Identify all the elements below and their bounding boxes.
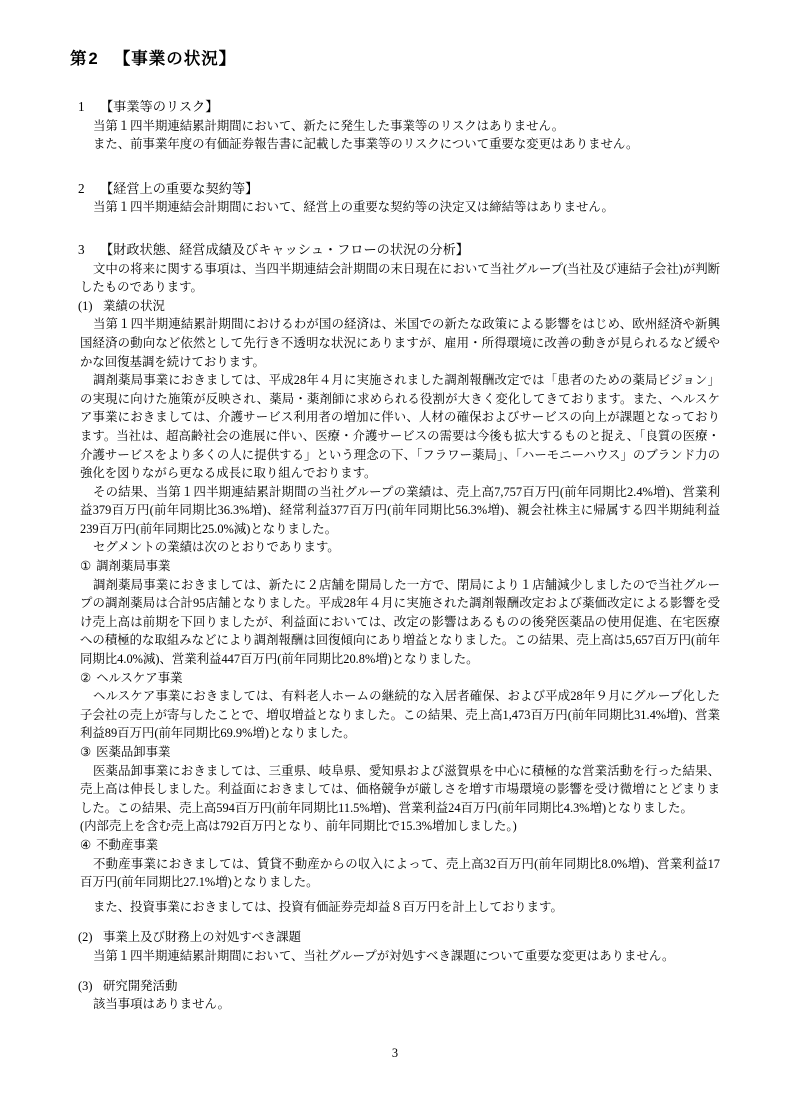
subsection-number: (3)	[78, 977, 103, 996]
segment-body: 医薬品卸事業におきましては、三重県、岐阜県、愛知県および滋賀県を中心に積極的な営…	[80, 762, 720, 836]
paragraph-note: (内部売上を含む売上高は792百万円となり、前年同期比で15.3%増加しました。…	[80, 817, 720, 836]
segment-heading-label: 不動産事業	[96, 838, 158, 852]
segment-heading: ②ヘルスケア事業	[80, 669, 790, 688]
segment-heading: ③医薬品卸事業	[80, 743, 790, 762]
segment-body: 不動産事業におきましては、賃貸不動産からの収入によって、売上高32百万円(前年同…	[80, 855, 720, 892]
section-material-contracts: 2【経営上の重要な契約等】 当第１四半期連結会計期間において、経営上の重要な契約…	[0, 180, 790, 217]
section-body: 当第１四半期連結会計期間において、経営上の重要な契約等の決定又は締結等はありませ…	[80, 198, 720, 217]
segment-heading: ①調剤薬局事業	[80, 557, 790, 576]
paragraph: 当第１四半期連結累計期間において、新たに発生した事業等のリスクはありません。	[80, 117, 720, 136]
paragraph: 当第１四半期連結会計期間において、経営上の重要な契約等の決定又は締結等はありませ…	[80, 198, 720, 217]
subsection-body: 当第１四半期連結累計期間において、当社グループが対処すべき課題について重要な変更…	[80, 947, 720, 966]
subsection-body: 該当事項はありません。	[80, 995, 720, 1014]
paragraph: その結果、当第１四半期連結累計期間の当社グループの業績は、売上高7,757百万円…	[80, 483, 720, 539]
paragraph: ヘルスケア事業におきましては、有料老人ホームの継続的な入居者確保、および平成28…	[80, 687, 720, 743]
segment-heading: ④不動産事業	[80, 836, 790, 855]
section-heading: 1【事業等のリスク】	[78, 98, 790, 117]
subsection-heading-label: 事業上及び財務上の対処すべき課題	[103, 930, 301, 944]
subsection-number: (2)	[78, 928, 103, 947]
subsection-issues: (2)事業上及び財務上の対処すべき課題 当第１四半期連結累計期間において、当社グ…	[0, 928, 790, 965]
subsection-heading-label: 研究開発活動	[103, 979, 177, 993]
segment-number: ①	[80, 559, 91, 573]
segment-heading-label: 調剤薬局事業	[96, 559, 170, 573]
segment-drug-wholesale: ③医薬品卸事業 医薬品卸事業におきましては、三重県、岐阜県、愛知県および滋賀県を…	[0, 743, 790, 836]
segment-number: ②	[80, 671, 91, 685]
subsection-heading-label: 業績の状況	[103, 299, 165, 313]
paragraph: 調剤薬局事業におきましては、平成28年４月に実施されました調剤報酬改定では「患者…	[80, 371, 720, 483]
segment-heading-label: 医薬品卸事業	[96, 745, 170, 759]
page-title: 第2【事業の状況】	[0, 0, 790, 70]
section-heading: 3【財政状態、経営成績及びキャッシュ・フローの状況の分析】	[78, 241, 790, 260]
segment-number: ③	[80, 745, 91, 759]
segment-body: 調剤薬局事業におきましては、新たに２店舗を開局した一方で、閉局により１店舗減少し…	[80, 576, 720, 669]
subsection-business-results: (1)業績の状況 当第１四半期連結累計期間におけるわが国の経済は、米国での新たな…	[0, 297, 790, 917]
paragraph: 当第１四半期連結累計期間におけるわが国の経済は、米国での新たな政策による影響をは…	[80, 315, 720, 371]
section-financial-analysis: 3【財政状態、経営成績及びキャッシュ・フローの状況の分析】 文中の将来に関する事…	[0, 241, 790, 1014]
segment-healthcare: ②ヘルスケア事業 ヘルスケア事業におきましては、有料老人ホームの継続的な入居者確…	[0, 669, 790, 743]
paragraph: また、前事業年度の有価証券報告書に記載した事業等のリスクについて重要な変更はあり…	[80, 135, 720, 154]
subsection-number: (1)	[78, 297, 103, 316]
document-page: 第2【事業の状況】 1【事業等のリスク】 当第１四半期連結累計期間において、新た…	[0, 0, 790, 1118]
page-title-number: 第2	[70, 50, 100, 68]
section-heading-label: 【事業等のリスク】	[100, 99, 218, 114]
section-number: 3	[78, 241, 100, 260]
section-number: 2	[78, 180, 100, 199]
subsection-heading: (3)研究開発活動	[78, 977, 790, 996]
paragraph: 調剤薬局事業におきましては、新たに２店舗を開局した一方で、閉局により１店舗減少し…	[80, 576, 720, 669]
subsection-rd: (3)研究開発活動 該当事項はありません。	[0, 977, 790, 1014]
paragraph: 不動産事業におきましては、賃貸不動産からの収入によって、売上高32百万円(前年同…	[80, 855, 720, 892]
section-body: 文中の将来に関する事項は、当四半期連結会計期間の末日現在において当社グループ(当…	[80, 260, 720, 297]
subsection-body: 当第１四半期連結累計期間におけるわが国の経済は、米国での新たな政策による影響をは…	[80, 315, 720, 557]
segment-real-estate: ④不動産事業 不動産事業におきましては、賃貸不動産からの収入によって、売上高32…	[0, 836, 790, 892]
section-heading-label: 【財政状態、経営成績及びキャッシュ・フローの状況の分析】	[100, 242, 469, 257]
segment-pharmacy: ①調剤薬局事業 調剤薬局事業におきましては、新たに２店舗を開局した一方で、閉局に…	[0, 557, 790, 669]
paragraph: 医薬品卸事業におきましては、三重県、岐阜県、愛知県および滋賀県を中心に積極的な営…	[80, 762, 720, 818]
section-number: 1	[78, 98, 100, 117]
paragraph: また、投資事業におきましては、投資有価証券売却益８百万円を計上しております。	[80, 898, 720, 917]
section-heading-label: 【経営上の重要な契約等】	[100, 181, 258, 196]
paragraph: 該当事項はありません。	[80, 995, 720, 1014]
subsection-heading: (2)事業上及び財務上の対処すべき課題	[78, 928, 790, 947]
segment-heading-label: ヘルスケア事業	[96, 671, 182, 685]
paragraph: セグメントの業績は次のとおりであります。	[80, 538, 720, 557]
subsection-closing: また、投資事業におきましては、投資有価証券売却益８百万円を計上しております。	[80, 898, 720, 917]
section-body: 当第１四半期連結累計期間において、新たに発生した事業等のリスクはありません。 ま…	[80, 117, 720, 154]
page-number: 3	[0, 1044, 790, 1063]
paragraph: 当第１四半期連結累計期間において、当社グループが対処すべき課題について重要な変更…	[80, 947, 720, 966]
page-title-label: 【事業の状況】	[114, 50, 237, 68]
segment-body: ヘルスケア事業におきましては、有料老人ホームの継続的な入居者確保、および平成28…	[80, 687, 720, 743]
section-heading: 2【経営上の重要な契約等】	[78, 180, 790, 199]
subsection-heading: (1)業績の状況	[78, 297, 790, 316]
section-business-risks: 1【事業等のリスク】 当第１四半期連結累計期間において、新たに発生した事業等のリ…	[0, 98, 790, 154]
segment-number: ④	[80, 838, 91, 852]
paragraph: 文中の将来に関する事項は、当四半期連結会計期間の末日現在において当社グループ(当…	[80, 260, 720, 297]
